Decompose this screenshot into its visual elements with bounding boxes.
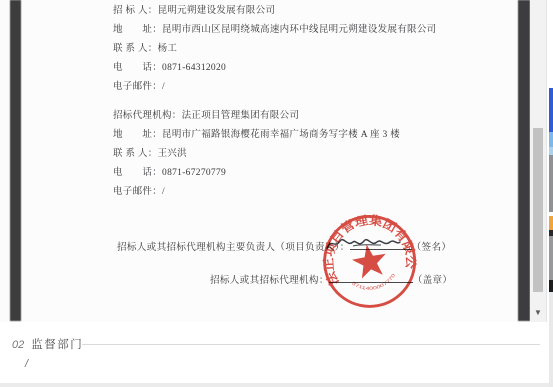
info-row: 地 址：昆明市西山区昆明绕城高速内环中线昆明元朔建设发展有限公司 (113, 21, 523, 40)
vertical-scrollbar[interactable]: ▼ (530, 0, 547, 322)
info-row: 电 话：0871-67270779 (113, 164, 523, 183)
section-value: / (25, 358, 28, 370)
info-row: 联 系 人：王兴洪 (113, 145, 523, 164)
company-seal: 法正项目管理集团有限公司 3711400007770 (312, 203, 427, 318)
scan-shadow-left (10, 0, 21, 321)
scrollbar-thumb[interactable] (533, 128, 543, 292)
row-label: 地 址： (113, 130, 162, 140)
adjacent-window-edge (549, 0, 553, 387)
svg-text:3711400007770: 3711400007770 (350, 271, 399, 294)
adjacent-window-fragment (549, 280, 553, 292)
row-label: 联 系 人： (113, 149, 158, 159)
row-value: / (162, 187, 165, 197)
document-viewer: 招 标 人：昆明元朔建设发展有限公司 地 址：昆明市西山区昆明绕城高速内环中线昆… (0, 0, 547, 322)
signature-prefix: 招标人或其招标代理机构主要负责人（项目负责人）： (117, 242, 350, 253)
info-row: 电子邮件：/ (113, 183, 523, 202)
section-divider (82, 344, 540, 345)
adjacent-window-fragment (549, 132, 553, 147)
section-title: 监督部门 (31, 339, 83, 351)
row-label: 地 址： (113, 25, 162, 35)
adjacent-window-fragment (549, 155, 553, 212)
tenderer-info-block: 招 标 人：昆明元朔建设发展有限公司 地 址：昆明市西山区昆明绕城高速内环中线昆… (113, 2, 523, 97)
row-label: 电子邮件： (113, 187, 162, 197)
row-label: 联 系 人： (113, 44, 158, 54)
seal-number: 3711400007770 (350, 271, 399, 294)
row-value: 王兴洪 (158, 149, 187, 159)
row-value: 杨工 (158, 44, 178, 54)
agency-info-block: 招标代理机构：法正项目管理集团有限公司 地 址：昆明市广福路银海樱花雨幸福广场商… (113, 107, 523, 202)
info-row: 联 系 人：杨工 (113, 40, 523, 59)
row-label: 电 话： (113, 168, 162, 178)
info-row: 电子邮件：/ (113, 78, 523, 97)
row-value: 0871-67270779 (162, 168, 226, 178)
info-row: 招标代理机构：法正项目管理集团有限公司 (113, 107, 523, 126)
adjacent-window-fragment (549, 236, 553, 280)
row-value: 昆明元朔建设发展有限公司 (158, 6, 276, 16)
row-label: 招标代理机构： (113, 111, 182, 121)
scroll-down-arrow-icon[interactable]: ▼ (530, 304, 546, 322)
row-value: 昆明市广福路银海樱花雨幸福广场商务写字楼 A 座 3 楼 (162, 130, 400, 140)
adjacent-window-fragment (549, 292, 553, 387)
row-value: 昆明市西山区昆明绕城高速内环中线昆明元朔建设发展有限公司 (162, 25, 436, 35)
info-row: 电 话：0871-64312020 (113, 59, 523, 78)
star-icon (350, 242, 389, 280)
section-number: 02 (12, 339, 24, 351)
row-value: 法正项目管理集团有限公司 (182, 111, 300, 121)
adjacent-window-fragment (549, 216, 553, 230)
adjacent-window-fragment (549, 0, 553, 88)
row-value: 0871-64312020 (162, 63, 226, 73)
row-label: 电 话： (113, 63, 162, 73)
signature-prefix: 招标人或其招标代理机构： (210, 275, 329, 286)
adjacent-window-fragment (549, 147, 553, 155)
row-label: 电子邮件： (113, 82, 162, 92)
bottom-border (0, 383, 553, 387)
row-label: 招 标 人： (113, 6, 158, 16)
screen: 招 标 人：昆明元朔建设发展有限公司 地 址：昆明市西山区昆明绕城高速内环中线昆… (0, 0, 553, 387)
info-row: 地 址：昆明市广福路银海樱花雨幸福广场商务写字楼 A 座 3 楼 (113, 126, 523, 145)
row-value: / (162, 82, 165, 92)
adjacent-window-fragment (549, 88, 553, 132)
info-row: 招 标 人：昆明元朔建设发展有限公司 (113, 2, 523, 21)
section-heading: 02监督部门 (12, 337, 83, 351)
